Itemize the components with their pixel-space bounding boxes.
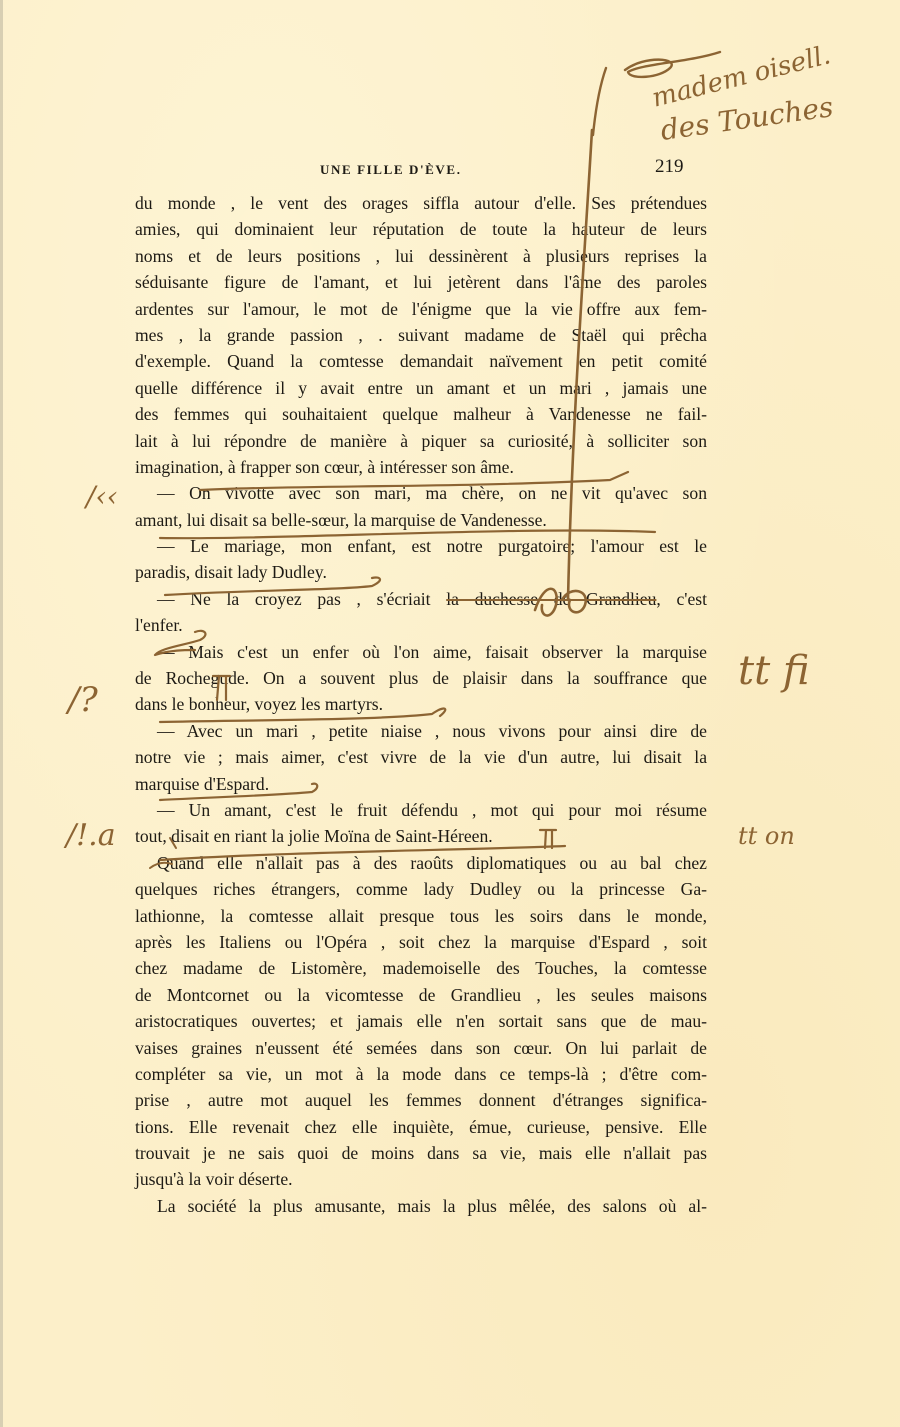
text-line: lathionne, la comtesse allait presque to… bbox=[135, 903, 707, 929]
text-line: paradis, disait lady Dudley. bbox=[135, 559, 707, 585]
text-line: marquise d'Espard. bbox=[135, 771, 707, 797]
dialogue-line-struck: — Ne la croyez pas , s'écriait la duches… bbox=[135, 586, 707, 612]
text-line: lait à lui répondre de manière à piquer … bbox=[135, 428, 707, 454]
margin-mark-right-2: tt on bbox=[738, 822, 795, 850]
running-title: UNE FILLE D'ÈVE. bbox=[320, 162, 462, 178]
text-line: compléter sa vie, un mot à la mode dans … bbox=[135, 1061, 707, 1087]
dialogue-line: — Avec un mari , petite niaise , nous vi… bbox=[135, 718, 707, 744]
text-line: notre vie ; mais aimer, c'est vivre de l… bbox=[135, 744, 707, 770]
text-line: quelle différence il y avait entre un am… bbox=[135, 375, 707, 401]
struck-text: la duchesse de Grandlieu bbox=[446, 589, 656, 609]
text-line: amant, lui disait sa belle-sœur, la marq… bbox=[135, 507, 707, 533]
dialogue-line: — Le mariage, mon enfant, est notre purg… bbox=[135, 533, 707, 559]
margin-mark-left-3: /!.a bbox=[66, 818, 116, 853]
paragraph-start: La société la plus amusante, mais la plu… bbox=[135, 1193, 707, 1219]
text-line: tout, disait en riant la jolie Moïna de … bbox=[135, 823, 707, 849]
text-line: jusqu'à la voir déserte. bbox=[135, 1166, 707, 1192]
text-line: de Rochegude. On a souvent plus de plais… bbox=[135, 665, 707, 691]
dialogue-end: , c'est bbox=[656, 589, 707, 609]
text-line: du monde , le vent des orages siffla aut… bbox=[135, 190, 707, 216]
text-line: séduisante figure de l'amant, et lui jet… bbox=[135, 269, 707, 295]
dialogue-line: — On vivotte avec son mari, ma chère, on… bbox=[135, 480, 707, 506]
text-line: des femmes qui souhaitaient quelque malh… bbox=[135, 401, 707, 427]
paragraph-start: Quand elle n'allait pas à des raoûts dip… bbox=[135, 850, 707, 876]
text-line: vaises graines n'eussent été semées dans… bbox=[135, 1035, 707, 1061]
margin-mark-right-1: tt fi bbox=[738, 648, 810, 694]
text-line: d'exemple. Quand la comtesse demandait n… bbox=[135, 348, 707, 374]
book-page: UNE FILLE D'ÈVE. 219 du monde , le vent … bbox=[0, 0, 900, 1427]
text-line: tions. Elle revenait chez elle inquiète,… bbox=[135, 1114, 707, 1140]
text-line: aristocratiques ouvertes; et jamais elle… bbox=[135, 1008, 707, 1034]
text-line: prise , autre mot auquel les femmes donn… bbox=[135, 1087, 707, 1113]
margin-mark-left-1: /‹‹ bbox=[86, 480, 118, 513]
margin-mark-left-2: /? bbox=[68, 680, 98, 720]
text-line: quelques riches étrangers, comme lady Du… bbox=[135, 876, 707, 902]
text-line: l'enfer. bbox=[135, 612, 707, 638]
body-text: du monde , le vent des orages siffla aut… bbox=[135, 190, 707, 1219]
text-line: noms et de leurs positions , lui dessinè… bbox=[135, 243, 707, 269]
text-line: amies, qui dominaient leur réputation de… bbox=[135, 216, 707, 242]
text-line: de Montcornet ou la vicomtesse de Grandl… bbox=[135, 982, 707, 1008]
dialogue-line: — Mais c'est un enfer où l'on aime, fais… bbox=[135, 639, 707, 665]
page-number: 219 bbox=[655, 156, 684, 178]
dialogue-start: — Ne la croyez pas , s'écriait bbox=[157, 589, 431, 609]
text-line: après les Italiens ou l'Opéra , soit che… bbox=[135, 929, 707, 955]
text-line: trouvait je ne sais quoi de moins dans s… bbox=[135, 1140, 707, 1166]
text-line: dans le bonheur, voyez les martyrs. bbox=[135, 691, 707, 717]
text-line: mes , la grande passion , . suivant mada… bbox=[135, 322, 707, 348]
dialogue-line: — Un amant, c'est le fruit défendu , mot… bbox=[135, 797, 707, 823]
page-edge bbox=[0, 0, 3, 1427]
text-line: imagination, à frapper son cœur, à intér… bbox=[135, 454, 707, 480]
text-line: ardentes sur l'amour, le mot de l'énigme… bbox=[135, 296, 707, 322]
text-line: chez madame de Listomère, mademoiselle d… bbox=[135, 955, 707, 981]
